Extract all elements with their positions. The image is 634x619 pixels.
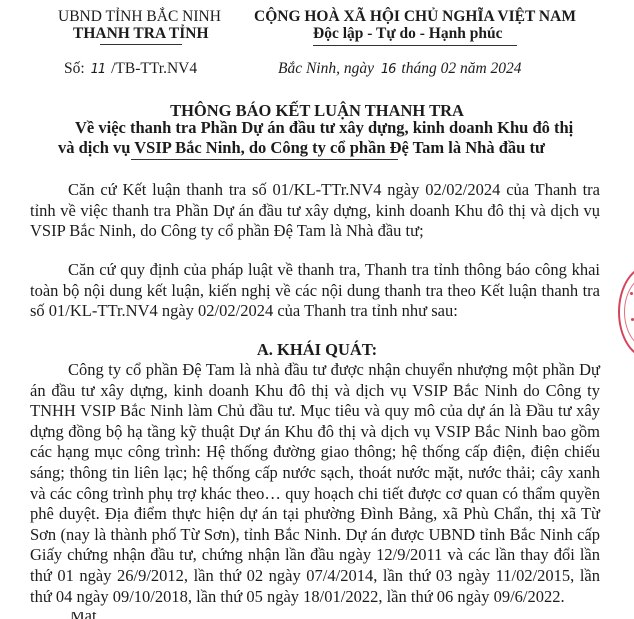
date-suffix: tháng 02 năm 2024	[401, 60, 521, 77]
paragraph-basis-law: Căn cứ quy định của pháp luật về thanh t…	[30, 260, 600, 322]
issuing-agency: THANH TRA TỈNH	[73, 25, 209, 43]
cutoff-text: Mặt ……………………………………………………	[70, 612, 550, 619]
subtitle-underline	[131, 159, 398, 160]
agency-underline	[100, 44, 182, 45]
date-day-handwritten: 16	[378, 62, 402, 77]
national-motto: Độc lập - Tự do - Hạnh phúc	[313, 25, 502, 43]
number-handwritten: 11	[89, 62, 112, 77]
date-line: Bắc Ninh, ngày 16tháng 02 năm 2024	[278, 60, 522, 78]
stamp-mark	[630, 292, 633, 295]
issuing-authority: UBND TỈNH BẮC NINH	[58, 8, 221, 26]
document-subtitle-line2: và dịch vụ VSIP Bắc Ninh, do Công ty cổ …	[58, 138, 545, 158]
national-title: CỘNG HOÀ XÃ HỘI CHỦ NGHĨA VIỆT NAM	[254, 8, 576, 26]
number-suffix: /TB-TTr.NV4	[111, 60, 197, 77]
date-prefix: Bắc Ninh, ngày	[278, 60, 374, 77]
document-number: Số: 11/TB-TTr.NV4	[64, 60, 197, 78]
motto-underline	[313, 45, 517, 46]
number-prefix: Số:	[64, 60, 85, 77]
section-heading: A. KHÁI QUÁT:	[0, 340, 634, 360]
paragraph-overview: Công ty cổ phần Đệ Tam là nhà đầu tư đượ…	[30, 360, 600, 607]
cutoff-next-line: Mặt ……………………………………………………	[70, 612, 550, 619]
document-subtitle-line1: Về việc thanh tra Phần Dự án đầu tư xây …	[75, 118, 573, 138]
paragraph-basis-conclusion: Căn cứ Kết luận thanh tra số 01/KL-TTr.N…	[30, 180, 600, 242]
